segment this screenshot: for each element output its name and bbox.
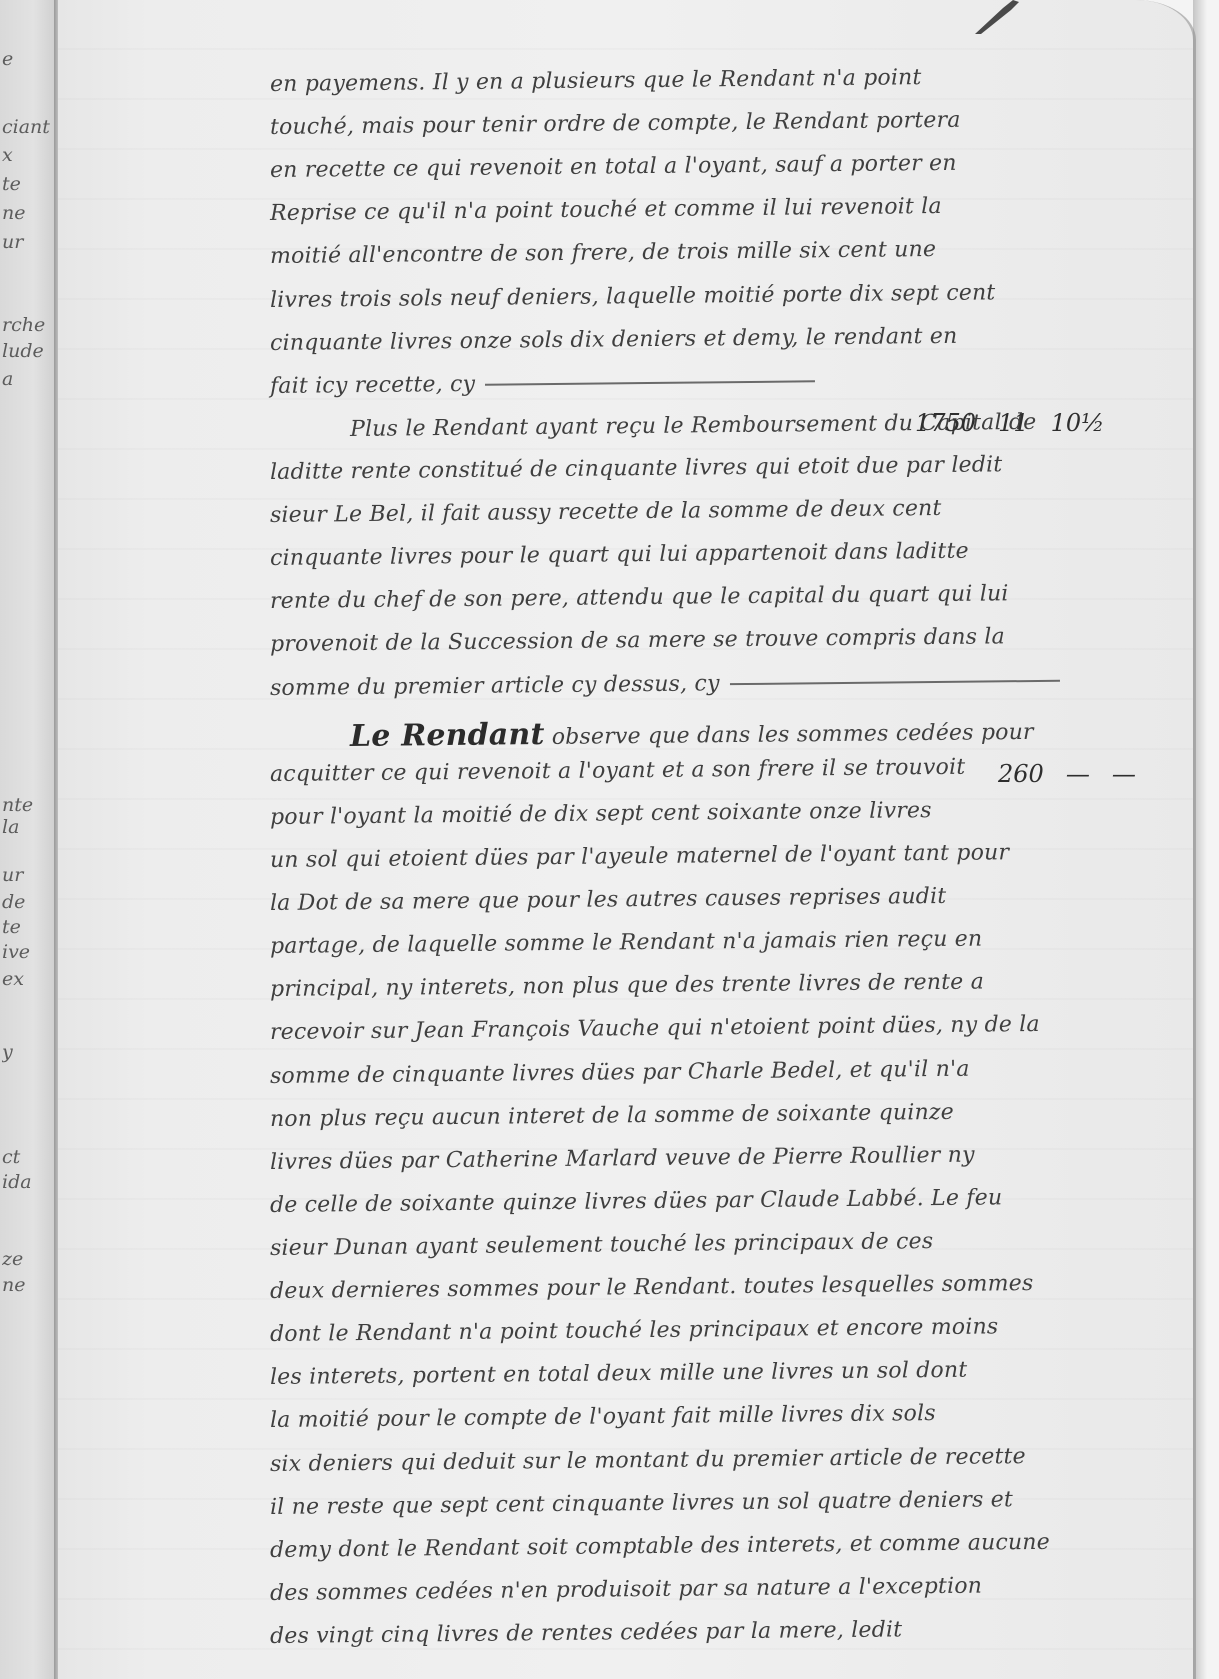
margin-fragment: lude bbox=[2, 340, 52, 362]
page-edge-shadow bbox=[1193, 0, 1207, 1679]
margin-fragment: ida bbox=[2, 1171, 52, 1193]
fill-line bbox=[730, 680, 1060, 685]
amount-deniers: — bbox=[1112, 760, 1136, 788]
margin-fragment: e bbox=[2, 48, 52, 70]
margin-fragment: a bbox=[2, 368, 52, 390]
margin-fragment: ne bbox=[2, 1274, 52, 1296]
margin-fragment: y bbox=[2, 1041, 52, 1063]
margin-fragment: te bbox=[2, 173, 52, 195]
margin-fragment: nte bbox=[2, 794, 52, 816]
margin-fragment: x bbox=[2, 144, 52, 166]
margin-fragment: te bbox=[2, 916, 52, 938]
line-text: fait icy recette, cy bbox=[270, 372, 475, 399]
margin-fragment: ze bbox=[2, 1248, 52, 1270]
fill-line bbox=[485, 380, 815, 385]
margin-fragment: rche bbox=[2, 314, 52, 336]
margin-fragment: de bbox=[2, 891, 52, 913]
amount-sols: — bbox=[1066, 760, 1090, 788]
margin-fragment: la bbox=[2, 816, 52, 838]
amount-deniers: 10½ bbox=[1051, 409, 1105, 437]
amount-entry: 260—— bbox=[998, 760, 1158, 788]
amount-livres: 1750 bbox=[915, 409, 976, 437]
ink-blot-icon bbox=[973, 0, 1033, 36]
manuscript-line: Le Rendant observe que dans les sommes c… bbox=[350, 712, 1034, 754]
margin-fragment: ne bbox=[2, 202, 52, 224]
margin-fragment: ur bbox=[2, 864, 52, 886]
amount-sols: 11 bbox=[998, 409, 1029, 437]
margin-fragment: ive bbox=[2, 941, 52, 963]
paragraph-initial: Le Rendant bbox=[350, 717, 545, 754]
line-text: observe que dans les sommes cedées pour bbox=[544, 720, 1033, 750]
line-text: somme du premier article cy dessus, cy bbox=[270, 671, 720, 701]
margin-fragment: ciant bbox=[2, 116, 52, 138]
amount-entry: 17501110½ bbox=[915, 409, 1126, 437]
margin-fragment: ur bbox=[2, 231, 52, 253]
amount-livres: 260 bbox=[998, 760, 1044, 788]
manuscript-scan: eciantxteneurrcheludeantelaurdeteiveexyc… bbox=[0, 0, 1219, 1679]
margin-fragment: ct bbox=[2, 1146, 52, 1168]
margin-fragment: ex bbox=[2, 968, 52, 990]
